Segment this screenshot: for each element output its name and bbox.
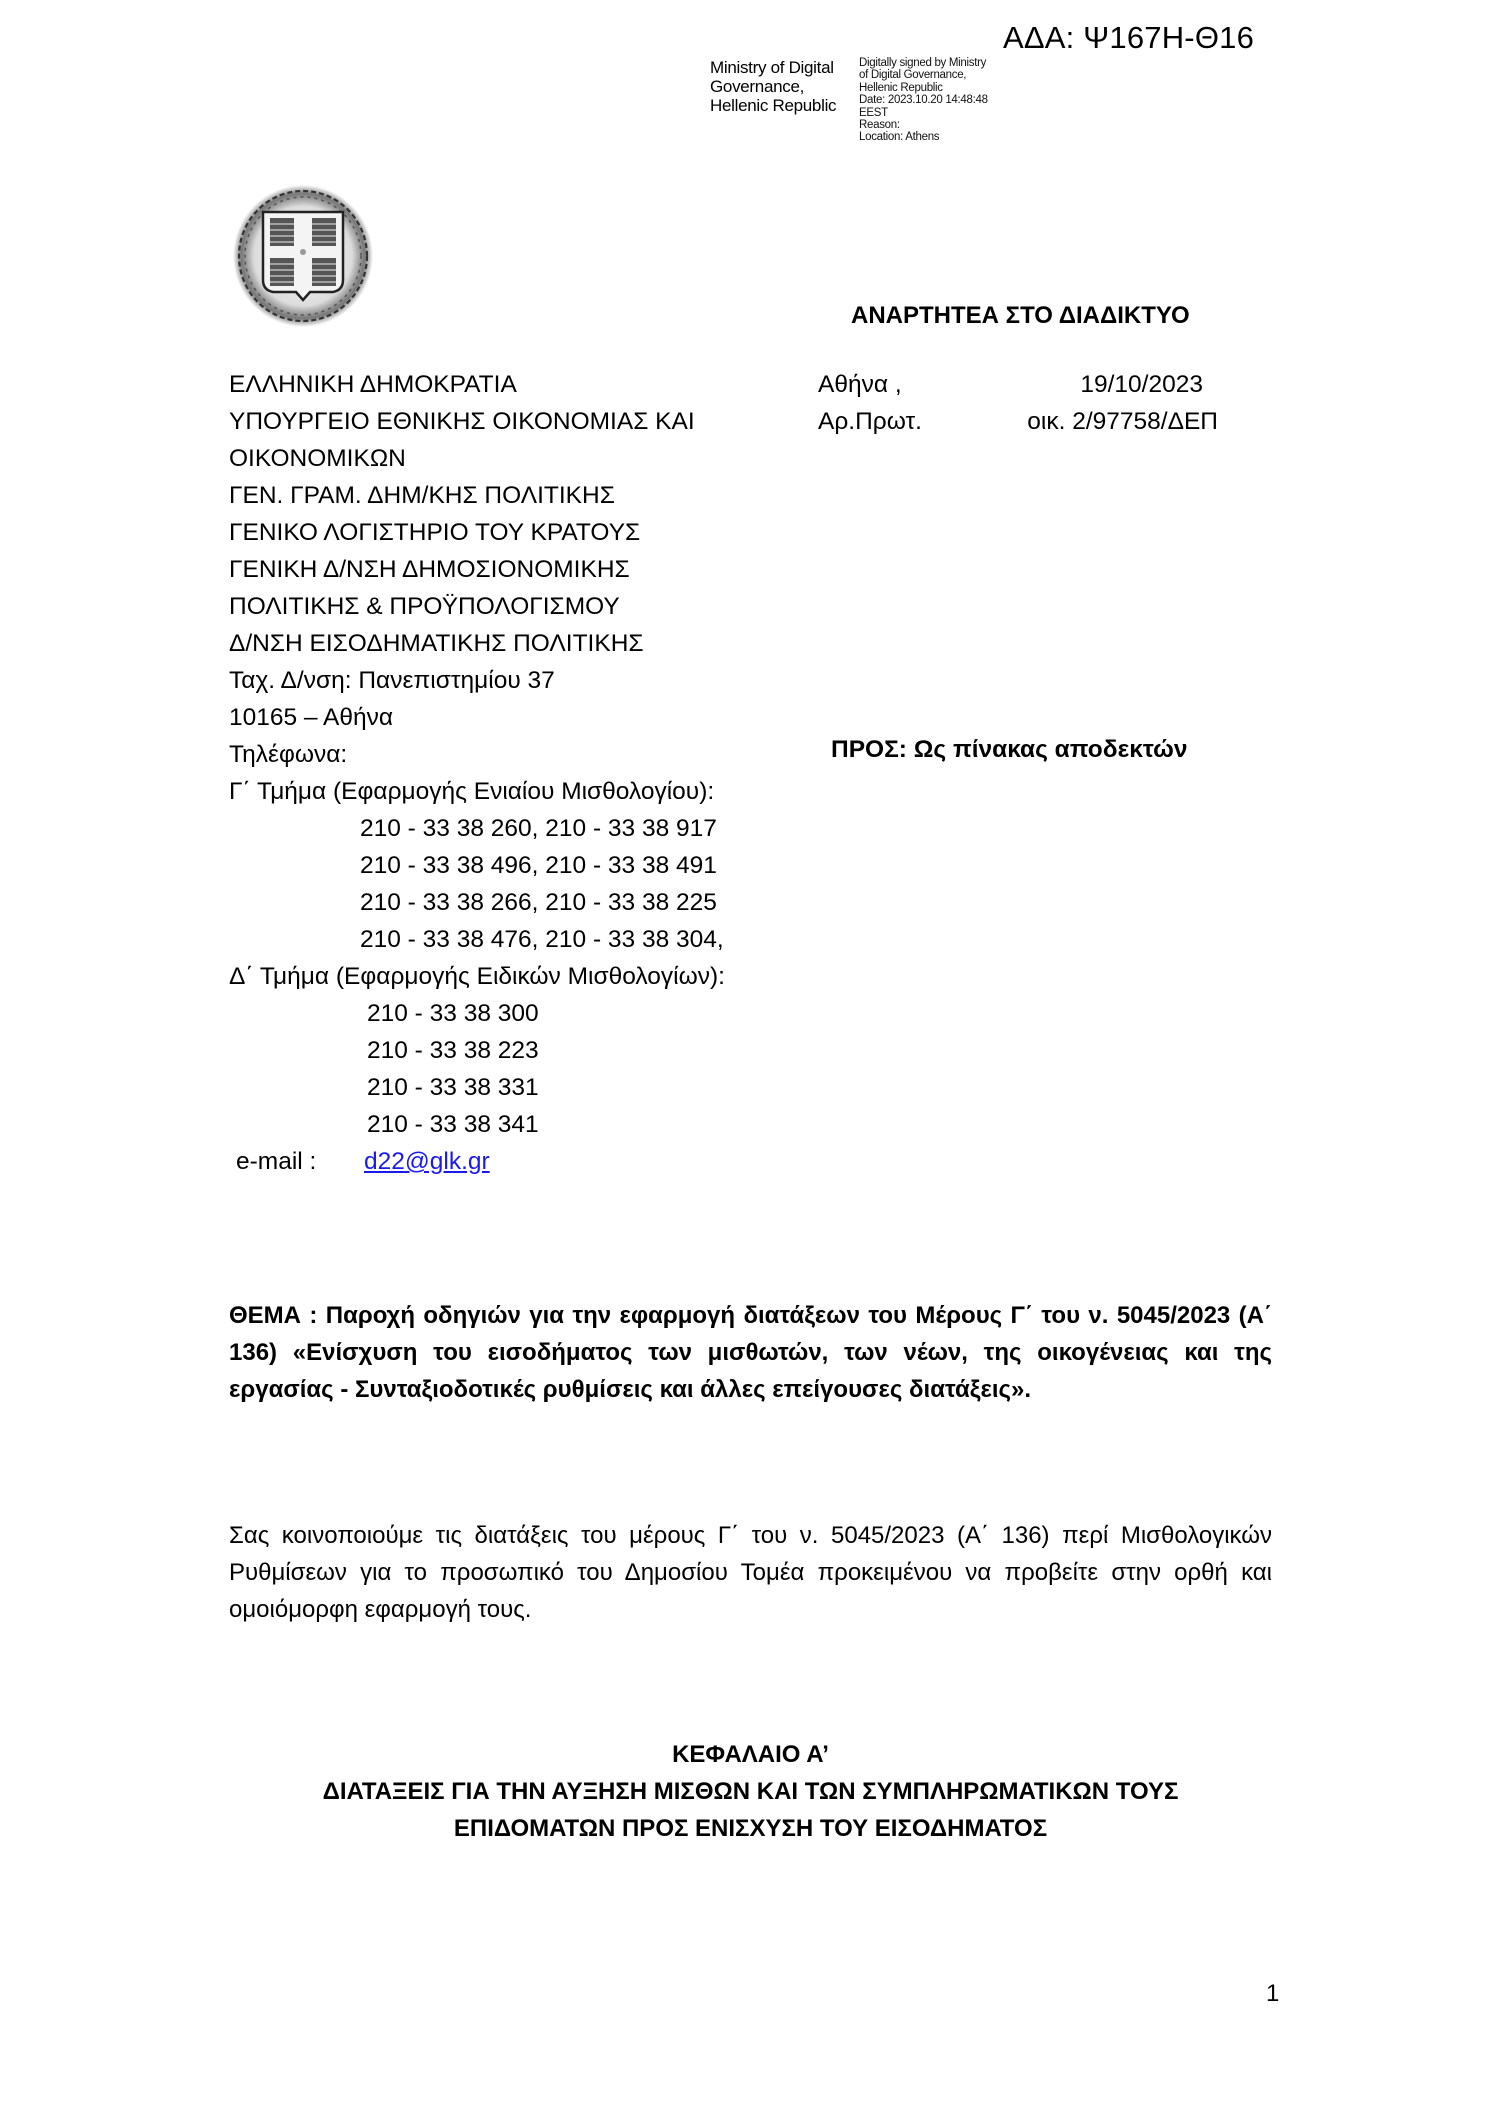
sender-line: ΓΕΝΙΚΗ Δ/ΝΣΗ ΔΗΜΟΣΙΟΝΟΜΙΚΗΣ bbox=[229, 551, 829, 588]
dept-c-phone: 210 - 33 38 476, 210 - 33 38 304, bbox=[229, 921, 829, 958]
protocol-label: Αρ.Πρωτ. bbox=[818, 403, 978, 440]
dept-c-label: Γ΄ Τμήμα (Εφαρμογής Ενιαίου Μισθολογίου)… bbox=[229, 773, 829, 810]
signature-details: Digitally signed by Ministry of Digital … bbox=[859, 57, 988, 144]
chapter-heading: ΚΕΦΑΛΑΙΟ Α’ ΔΙΑΤΑΞΕΙΣ ΓΙΑ ΤΗΝ ΑΥΞΗΣΗ ΜΙΣ… bbox=[229, 1736, 1272, 1847]
signature-detail-line: Hellenic Republic bbox=[859, 82, 988, 94]
dept-d-label: Δ΄ Τμήμα (Εφαρμογής Ειδικών Μισθολογίων)… bbox=[229, 958, 829, 995]
dept-c-phone: 210 - 33 38 496, 210 - 33 38 491 bbox=[229, 847, 829, 884]
sender-line: ΓΕΝ. ΓΡΑΜ. ΔΗΜ/ΚΗΣ ΠΟΛΙΤΙΚΗΣ bbox=[229, 477, 829, 514]
sender-block: ΕΛΛΗΝΙΚΗ ΔΗΜΟΚΡΑΤΙΑ ΥΠΟΥΡΓΕΙΟ ΕΘΝΙΚΗΣ ΟΙ… bbox=[229, 366, 829, 1180]
chapter-title: ΚΕΦΑΛΑΙΟ Α’ bbox=[229, 1736, 1272, 1773]
signature-org-line: Governance, bbox=[710, 77, 836, 96]
dept-d-phone: 210 - 33 38 300 bbox=[229, 995, 829, 1032]
coat-of-arms-icon bbox=[228, 180, 378, 330]
signature-org-line: Hellenic Republic bbox=[710, 96, 836, 115]
chapter-subtitle-line: ΕΠΙΔΟΜΑΤΩΝ ΠΡΟΣ ΕΝΙΣΧΥΣΗ ΤΟΥ ΕΙΣΟΔΗΜΑΤΟΣ bbox=[229, 1810, 1272, 1847]
protocol-number: οικ. 2/97758/ΔΕΠ bbox=[978, 403, 1278, 440]
signature-detail-line: Date: 2023.10.20 14:48:48 bbox=[859, 94, 988, 106]
subject: ΘΕΜΑ : Παροχή οδηγιών για την εφαρμογή δ… bbox=[229, 1297, 1272, 1408]
chapter-subtitle-line: ΔΙΑΤΑΞΕΙΣ ΓΙΑ ΤΗΝ ΑΥΞΗΣΗ ΜΙΣΘΩΝ ΚΑΙ ΤΩΝ … bbox=[229, 1773, 1272, 1810]
signature-detail-line: Digitally signed by Ministry bbox=[859, 57, 988, 69]
signature-detail-line: of Digital Governance, bbox=[859, 69, 988, 81]
signature-org-line: Ministry of Digital bbox=[710, 58, 836, 77]
sender-postcode: 10165 – Αθήνα bbox=[229, 699, 829, 736]
sender-line: ΥΠΟΥΡΓΕΙΟ ΕΘΝΙΚΗΣ ΟΙΚΟΝΟΜΙΑΣ ΚΑΙ bbox=[229, 403, 829, 440]
sender-line: ΕΛΛΗΝΙΚΗ ΔΗΜΟΚΡΑΤΙΑ bbox=[229, 366, 829, 403]
recipient: ΠΡΟΣ: Ως πίνακας αποδεκτών bbox=[831, 736, 1187, 764]
dept-c-phone: 210 - 33 38 266, 210 - 33 38 225 bbox=[229, 884, 829, 921]
dept-d-phone: 210 - 33 38 223 bbox=[229, 1032, 829, 1069]
email-label: e-mail : bbox=[229, 1143, 364, 1180]
protocol-row: Αρ.Πρωτ. οικ. 2/97758/ΔΕΠ bbox=[818, 403, 1278, 440]
intro-paragraph: Σας κοινοποιούμε τις διατάξεις του μέρου… bbox=[229, 1517, 1272, 1628]
email-row: e-mail : d22@glk.gr bbox=[229, 1143, 829, 1180]
page-number: 1 bbox=[1266, 1975, 1279, 2012]
ada-code: ΑΔΑ: Ψ167Η-Θ16 bbox=[1003, 20, 1254, 56]
sender-line: ΓΕΝΙΚΟ ΛΟΓΙΣΤΗΡΙΟ ΤΟΥ ΚΡΑΤΟΥΣ bbox=[229, 514, 829, 551]
email-link[interactable]: d22@glk.gr bbox=[364, 1143, 490, 1180]
signature-organization: Ministry of Digital Governance, Hellenic… bbox=[710, 58, 836, 115]
dept-c-phone: 210 - 33 38 260, 210 - 33 38 917 bbox=[229, 810, 829, 847]
signature-detail-line: Location: Athens bbox=[859, 131, 988, 143]
signature-detail-line: EEST bbox=[859, 107, 988, 119]
sender-line: Δ/ΝΣΗ ΕΙΣΟΔΗΜΑΤΙΚΗΣ ΠΟΛΙΤΙΚΗΣ bbox=[229, 625, 829, 662]
posting-notice: ΑΝΑΡΤΗΤΕΑ ΣΤΟ ΔΙΑΔΙΚΤΥΟ bbox=[851, 302, 1190, 330]
sender-address: Ταχ. Δ/νση: Πανεπιστημίου 37 bbox=[229, 662, 829, 699]
document-date: 19/10/2023 bbox=[978, 366, 1278, 403]
sender-line: ΠΟΛΙΤΙΚΗΣ & ΠΡΟΫΠΟΛΟΓΙΣΜΟΥ bbox=[229, 588, 829, 625]
dept-d-phone: 210 - 33 38 341 bbox=[229, 1106, 829, 1143]
phones-label: Τηλέφωνα: bbox=[229, 736, 829, 773]
signature-detail-line: Reason: bbox=[859, 119, 988, 131]
place-label: Αθήνα , bbox=[818, 366, 978, 403]
document-meta: Αθήνα , 19/10/2023 Αρ.Πρωτ. οικ. 2/97758… bbox=[818, 366, 1278, 440]
date-row: Αθήνα , 19/10/2023 bbox=[818, 366, 1278, 403]
dept-d-phone: 210 - 33 38 331 bbox=[229, 1069, 829, 1106]
sender-line: ΟΙΚΟΝΟΜΙΚΩΝ bbox=[229, 440, 829, 477]
